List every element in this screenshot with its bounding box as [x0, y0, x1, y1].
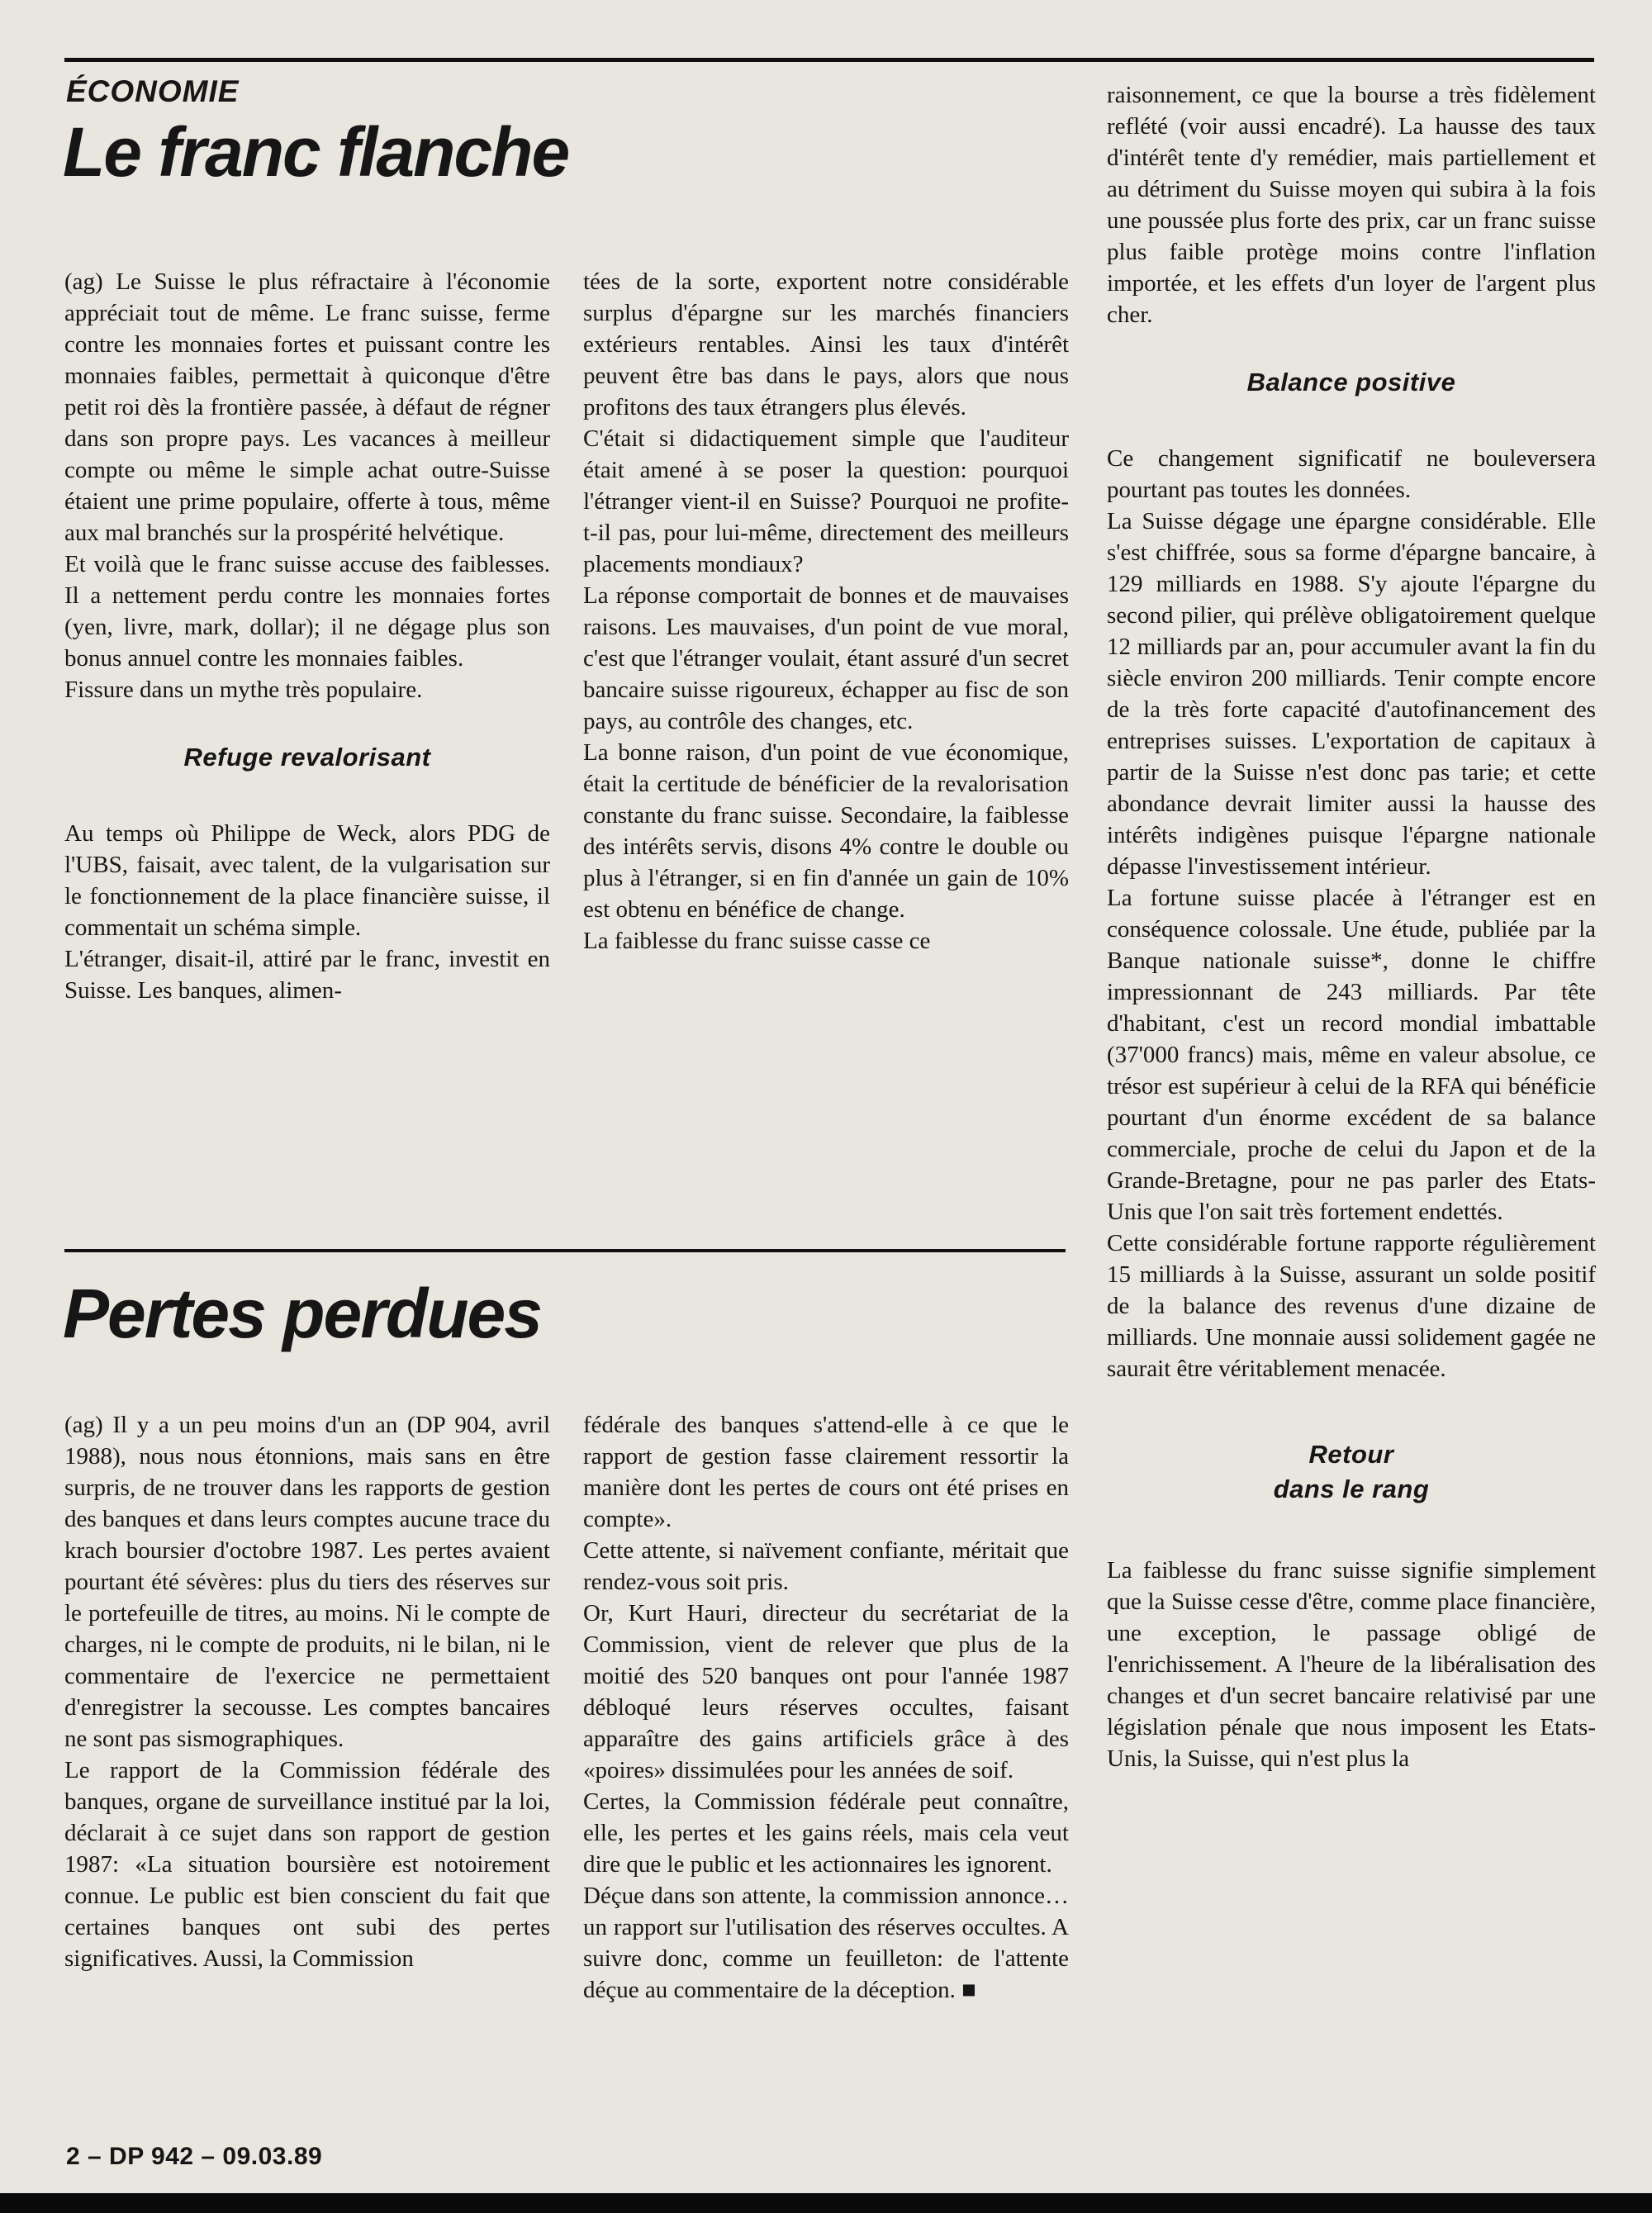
article-divider-rule [64, 1249, 1066, 1252]
paragraph: Certes, la Commission fédérale peut conn… [583, 1786, 1069, 1880]
subhead-line: dans le rang [1274, 1475, 1430, 1503]
paragraph: La faiblesse du franc suisse casse ce [583, 925, 1069, 957]
article1-column-3: raisonnement, ce que la bourse a très fi… [1107, 79, 1596, 1774]
section-kicker: ÉCONOMIE [66, 74, 239, 109]
scanned-newsletter-page: ÉCONOMIE Le franc flanche (ag) Le Suisse… [0, 0, 1652, 2213]
paragraph: Le rapport de la Commission fédérale des… [64, 1755, 550, 1974]
paragraph: Fissure dans un mythe très populaire. [64, 674, 550, 705]
paragraph: Au temps où Philippe de Weck, alors PDG … [64, 818, 550, 943]
subhead-line: Retour [1309, 1440, 1394, 1469]
article1-headline: Le franc flanche [63, 112, 568, 192]
paragraph: La Suisse dégage une épargne considérabl… [1107, 506, 1596, 882]
paragraph: fédérale des banques s'attend-elle à ce … [583, 1409, 1069, 1535]
article1-column-2: tées de la sorte, exportent notre consid… [583, 266, 1069, 957]
paragraph: (ag) Il y a un peu moins d'un an (DP 904… [64, 1409, 550, 1755]
paragraph: La faiblesse du franc suisse signifie si… [1107, 1555, 1596, 1774]
paragraph: Cette considérable fortune rapporte régu… [1107, 1228, 1596, 1384]
paragraph: La fortune suisse placée à l'étranger es… [1107, 882, 1596, 1228]
paragraph: Et voilà que le franc suisse accuse des … [64, 549, 550, 674]
paragraph: tées de la sorte, exportent notre consid… [583, 266, 1069, 423]
paragraph: raisonnement, ce que la bourse a très fi… [1107, 79, 1596, 330]
scan-bottom-edge [0, 2193, 1652, 2213]
paragraph: L'étranger, disait-il, attiré par le fra… [64, 943, 550, 1006]
article2-column-1: (ag) Il y a un peu moins d'un an (DP 904… [64, 1409, 550, 1974]
paragraph: Cette attente, si naïvement confiante, m… [583, 1535, 1069, 1598]
article2-column-2: fédérale des banques s'attend-elle à ce … [583, 1409, 1069, 2006]
paragraph: La bonne raison, d'un point de vue écono… [583, 737, 1069, 925]
paragraph: (ag) Le Suisse le plus réfractaire à l'é… [64, 266, 550, 549]
paragraph: Ce changement significatif ne bouleverse… [1107, 443, 1596, 506]
paragraph: Déçue dans son attente, la commission an… [583, 1880, 1069, 2006]
subhead-balance-positive: Balance positive [1107, 367, 1596, 398]
page-footer-label: 2 – DP 942 – 09.03.89 [66, 2143, 322, 2171]
paragraph: La réponse comportait de bonnes et de ma… [583, 580, 1069, 737]
paragraph: C'était si didactiquement simple que l'a… [583, 423, 1069, 580]
subhead-retour-dans-le-rang: Retourdans le rang [1107, 1437, 1596, 1507]
article2-headline: Pertes perdues [63, 1274, 541, 1354]
article1-column-1: (ag) Le Suisse le plus réfractaire à l'é… [64, 266, 550, 1006]
paragraph: Or, Kurt Hauri, directeur du secrétariat… [583, 1598, 1069, 1786]
top-rule [64, 58, 1594, 62]
subhead-refuge-revalorisant: Refuge revalorisant [64, 742, 550, 773]
